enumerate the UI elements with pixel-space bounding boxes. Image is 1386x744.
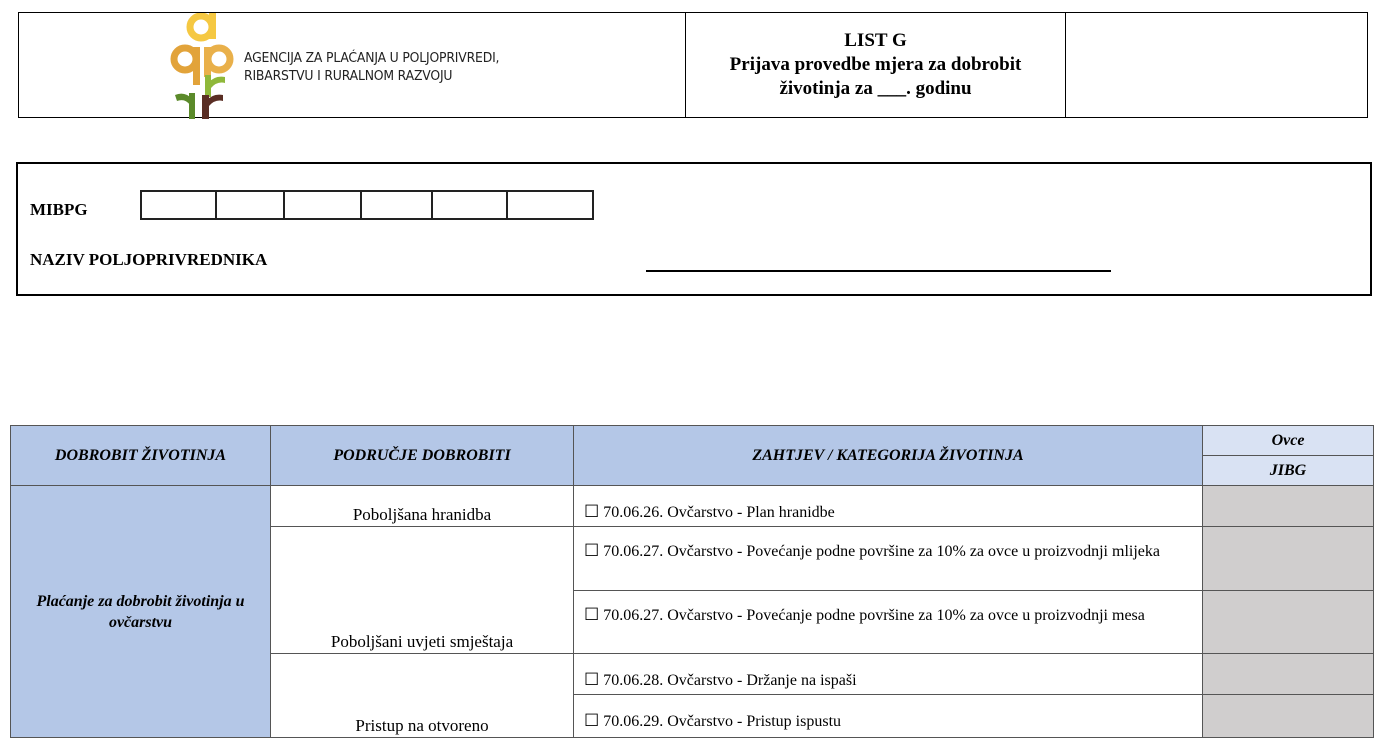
- welfare-area: Poboljšana hranidba: [271, 486, 574, 527]
- jibg-value[interactable]: [1203, 591, 1374, 654]
- col-header-requirement: ZAHTJEV / KATEGORIJA ŽIVOTINJA: [574, 426, 1203, 486]
- requirement-checkbox[interactable]: ☐: [584, 539, 599, 563]
- farmer-identification-box: MIBPG NAZIV POLJOPRIVREDNIKA: [16, 162, 1372, 296]
- agency-name-line2: RIBARSTVU I RURALNOM RAZVOJU: [244, 67, 499, 85]
- mibpg-cell-1[interactable]: [142, 192, 217, 218]
- col-header-unit: JIBG: [1203, 456, 1374, 486]
- jibg-value[interactable]: [1203, 654, 1374, 695]
- welfare-measures-table: DOBROBIT ŽIVOTINJA PODRUČJE DOBROBITI ZA…: [10, 425, 1374, 738]
- col-header-species: Ovce: [1203, 426, 1374, 456]
- mibpg-cell-2[interactable]: [217, 192, 285, 218]
- table-row: Plaćanje za dobrobit životinja u ovčarst…: [11, 486, 1374, 527]
- apprrr-logo-icon: [167, 13, 242, 119]
- requirement-cell: ☐70.06.27. Ovčarstvo - Povećanje podne p…: [574, 591, 1203, 654]
- col-header-area: PODRUČJE DOBROBITI: [271, 426, 574, 486]
- farmer-name-field[interactable]: [646, 270, 1111, 272]
- requirement-text: 70.06.26. Ovčarstvo - Plan hranidbe: [603, 504, 835, 521]
- mibpg-cell-6[interactable]: [508, 192, 592, 218]
- welfare-category: Plaćanje za dobrobit životinja u ovčarst…: [11, 486, 271, 738]
- col-header-welfare: DOBROBIT ŽIVOTINJA: [11, 426, 271, 486]
- requirement-checkbox[interactable]: ☐: [584, 668, 599, 692]
- requirement-text: 70.06.27. Ovčarstvo - Povećanje podne po…: [603, 543, 1160, 560]
- requirement-cell: ☐70.06.26. Ovčarstvo - Plan hranidbe: [574, 486, 1203, 527]
- mibpg-cell-4[interactable]: [362, 192, 433, 218]
- mibpg-cell-5[interactable]: [433, 192, 508, 218]
- form-header: AGENCIJA ZA PLAĆANJA U POLJOPRIVREDI, RI…: [18, 12, 1368, 118]
- requirement-checkbox[interactable]: ☐: [584, 603, 599, 627]
- requirement-cell: ☐70.06.29. Ovčarstvo - Pristup ispustu: [574, 695, 1203, 738]
- form-title-list: LIST G: [844, 29, 907, 53]
- mibpg-cell-3[interactable]: [285, 192, 362, 218]
- requirement-checkbox[interactable]: ☐: [584, 500, 599, 524]
- requirement-checkbox[interactable]: ☐: [584, 709, 599, 733]
- header-right-box: [1066, 13, 1367, 117]
- requirement-text: 70.06.28. Ovčarstvo - Držanje na ispaši: [603, 672, 856, 689]
- agency-name: AGENCIJA ZA PLAĆANJA U POLJOPRIVREDI, RI…: [244, 49, 499, 85]
- form-title-line3: životinja za ___. godinu: [779, 77, 971, 101]
- requirement-cell: ☐70.06.27. Ovčarstvo - Povećanje podne p…: [574, 527, 1203, 591]
- welfare-area: Poboljšani uvjeti smještaja: [271, 527, 574, 654]
- jibg-value[interactable]: [1203, 486, 1374, 527]
- agency-logo-block: AGENCIJA ZA PLAĆANJA U POLJOPRIVREDI, RI…: [19, 13, 686, 117]
- jibg-value[interactable]: [1203, 527, 1374, 591]
- requirement-text: 70.06.27. Ovčarstvo - Povećanje podne po…: [603, 607, 1145, 624]
- farmer-name-label: NAZIV POLJOPRIVREDNIKA: [30, 250, 267, 270]
- agency-name-line1: AGENCIJA ZA PLAĆANJA U POLJOPRIVREDI,: [244, 49, 499, 67]
- form-title: LIST G Prijava provedbe mjera za dobrobi…: [686, 13, 1066, 117]
- welfare-area: Pristup na otvoreno: [271, 654, 574, 738]
- requirement-text: 70.06.29. Ovčarstvo - Pristup ispustu: [603, 713, 841, 730]
- mibpg-input-group: [140, 190, 594, 220]
- form-title-line2: Prijava provedbe mjera za dobrobit: [730, 53, 1022, 77]
- mibpg-label: MIBPG: [30, 200, 88, 220]
- requirement-cell: ☐70.06.28. Ovčarstvo - Držanje na ispaši: [574, 654, 1203, 695]
- jibg-value[interactable]: [1203, 695, 1374, 738]
